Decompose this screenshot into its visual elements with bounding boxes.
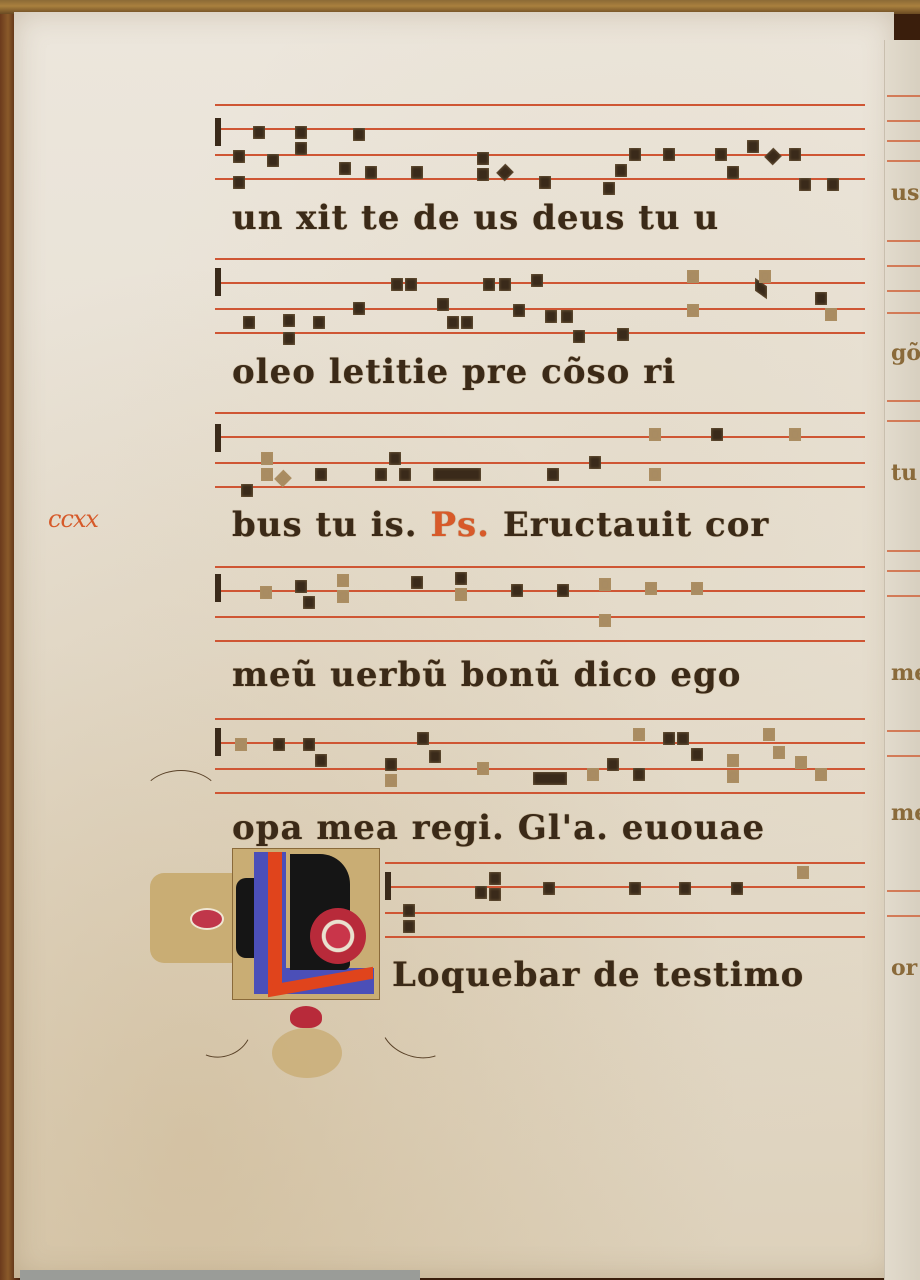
facing-fragment: tu — [891, 460, 917, 486]
lyric-line-4: meũ uerbũ bonũ dico ego — [232, 655, 852, 695]
music-staff-2 — [215, 258, 865, 336]
pen-flourish-icon — [140, 770, 222, 832]
folio-numeral: ccxx — [48, 505, 98, 533]
music-staff-6 — [385, 862, 865, 940]
facing-page-edge: us gõ tu me me or — [884, 40, 920, 1280]
bottom-edge — [20, 1270, 420, 1280]
foliate-ornament — [262, 998, 352, 1088]
c-clef — [215, 118, 221, 146]
c-clef — [215, 574, 221, 602]
facing-fragment: me — [891, 800, 920, 826]
psalm-rubric: Ps. — [430, 505, 490, 545]
heart-motif-icon — [290, 1006, 322, 1028]
c-clef — [215, 424, 221, 452]
lyric-text: Eructauit cor — [490, 505, 769, 545]
music-staff-5 — [215, 718, 865, 796]
illuminated-initial — [150, 848, 380, 998]
c-clef — [215, 728, 221, 756]
c-clef — [385, 872, 391, 900]
lyric-line-2: oleo letitie pre cõso ri — [232, 352, 852, 392]
lyric-line-1: un xit te de us deus tu u — [232, 198, 852, 238]
acanthus-swirl-icon — [310, 908, 366, 964]
music-staff-1 — [215, 104, 865, 182]
lyric-line-6: Loquebar de testimo — [392, 955, 852, 995]
c-clef — [215, 268, 221, 296]
music-staff-3 — [215, 412, 865, 490]
facing-fragment: us — [891, 180, 919, 206]
facing-fragment: gõ — [891, 340, 920, 366]
lyric-line-5: opa mea regi. Gl'a. euouae — [232, 808, 852, 848]
floral-bud-icon — [190, 908, 224, 930]
facing-fragment: or — [891, 955, 917, 981]
music-staff-4 — [215, 566, 865, 644]
lyric-line-3: bus tu is. Ps. Eructauit cor — [232, 505, 852, 545]
facing-fragment: me — [891, 660, 920, 686]
lyric-text: bus tu is. — [232, 505, 430, 545]
